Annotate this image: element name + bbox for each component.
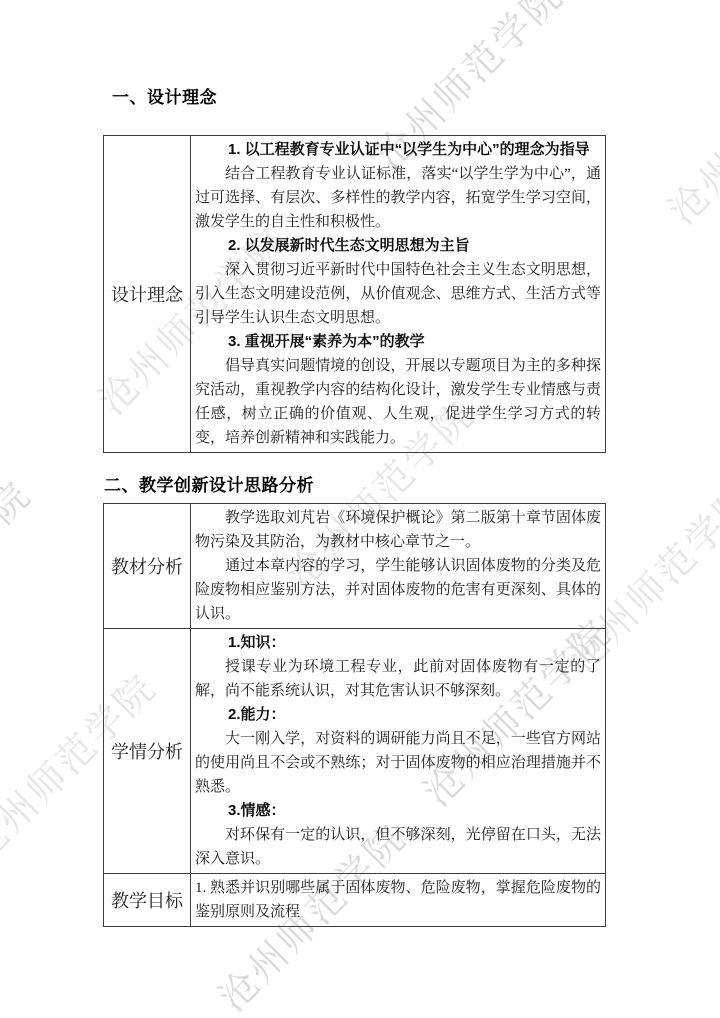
row-label-design-concept: 设计理念 [104,136,191,453]
document-page: { "watermark": { "text": "沧州师范学院" }, "se… [0,0,720,1018]
table-row: 教学目标 1. 熟悉并识别哪些属于固体废物、危险废物，掌握危险废物的鉴别原则及流… [104,874,606,927]
paragraph: 1. 熟悉并识别哪些属于固体废物、危险废物，掌握危险废物的鉴别原则及流程 [195,876,601,924]
paragraph: 教学选取刘芃岩《环境保护概论》第二版第十章节固体废物污染及其防治，为教材中核心章… [195,506,601,554]
row-label-teaching-objectives: 教学目标 [104,874,191,927]
paragraph: 授课专业为环境工程专业，此前对固体废物有一定的了解，尚不能系统认识，对其危害认识… [195,655,601,703]
paragraph: 对环保有一定的认识，但不够深刻，光停留在口头，无法深入意识。 [195,823,601,871]
paragraph: 3.情感： [195,799,601,823]
row-content-design-concept: 1. 以工程教育专业认证中“以学生为中心”的理念为指导 结合工程教育专业认证标准… [191,136,606,453]
paragraph: 通过本章内容的学习，学生能够认识固体废物的分类及危险废物相应鉴别方法，并对固体废… [195,554,601,626]
paragraph: 1.知识： [195,631,601,655]
row-content-textbook-analysis: 教学选取刘芃岩《环境保护概论》第二版第十章节固体废物污染及其防治，为教材中核心章… [191,504,606,629]
row-label-textbook-analysis: 教材分析 [104,504,191,629]
paragraph: 3. 重视开展“素养为本”的教学 [195,330,601,354]
row-content-teaching-objectives: 1. 熟悉并识别哪些属于固体废物、危险废物，掌握危险废物的鉴别原则及流程 [191,874,606,927]
paragraph: 大一刚入学，对资料的调研能力尚且不足，一些官方网站的使用尚且不会或不熟练；对于固… [195,727,601,799]
table-row: 学情分析 1.知识： 授课专业为环境工程专业，此前对固体废物有一定的了解，尚不能… [104,629,606,874]
teaching-innovation-table: 教材分析 教学选取刘芃岩《环境保护概论》第二版第十章节固体废物污染及其防治，为教… [103,503,606,927]
section-heading-teaching-innovation: 二、教学创新设计思路分析 [104,476,605,496]
document-content: 一、设计理念 设计理念 1. 以工程教育专业认证中“以学生为中心”的理念为指导 … [0,0,720,927]
section-heading-design-concept: 一、设计理念 [112,88,605,108]
row-content-learner-analysis: 1.知识： 授课专业为环境工程专业，此前对固体废物有一定的了解，尚不能系统认识，… [191,629,606,874]
paragraph: 深入贯彻习近平新时代中国特色社会主义生态文明思想，引入生态文明建设范例，从价值观… [195,258,601,330]
paragraph: 1. 以工程教育专业认证中“以学生为中心”的理念为指导 [195,138,601,162]
paragraph: 倡导真实问题情境的创设，开展以专题项目为主的多种探究活动，重视教学内容的结构化设… [195,354,601,450]
table-row: 设计理念 1. 以工程教育专业认证中“以学生为中心”的理念为指导 结合工程教育专… [104,136,606,453]
paragraph: 2.能力： [195,703,601,727]
paragraph: 2. 以发展新时代生态文明思想为主旨 [195,234,601,258]
table-row: 教材分析 教学选取刘芃岩《环境保护概论》第二版第十章节固体废物污染及其防治，为教… [104,504,606,629]
design-concept-table: 设计理念 1. 以工程教育专业认证中“以学生为中心”的理念为指导 结合工程教育专… [103,135,606,453]
row-label-learner-analysis: 学情分析 [104,629,191,874]
paragraph: 结合工程教育专业认证标准，落实“以学生学为中心”，通过可选择、有层次、多样性的教… [195,162,601,234]
